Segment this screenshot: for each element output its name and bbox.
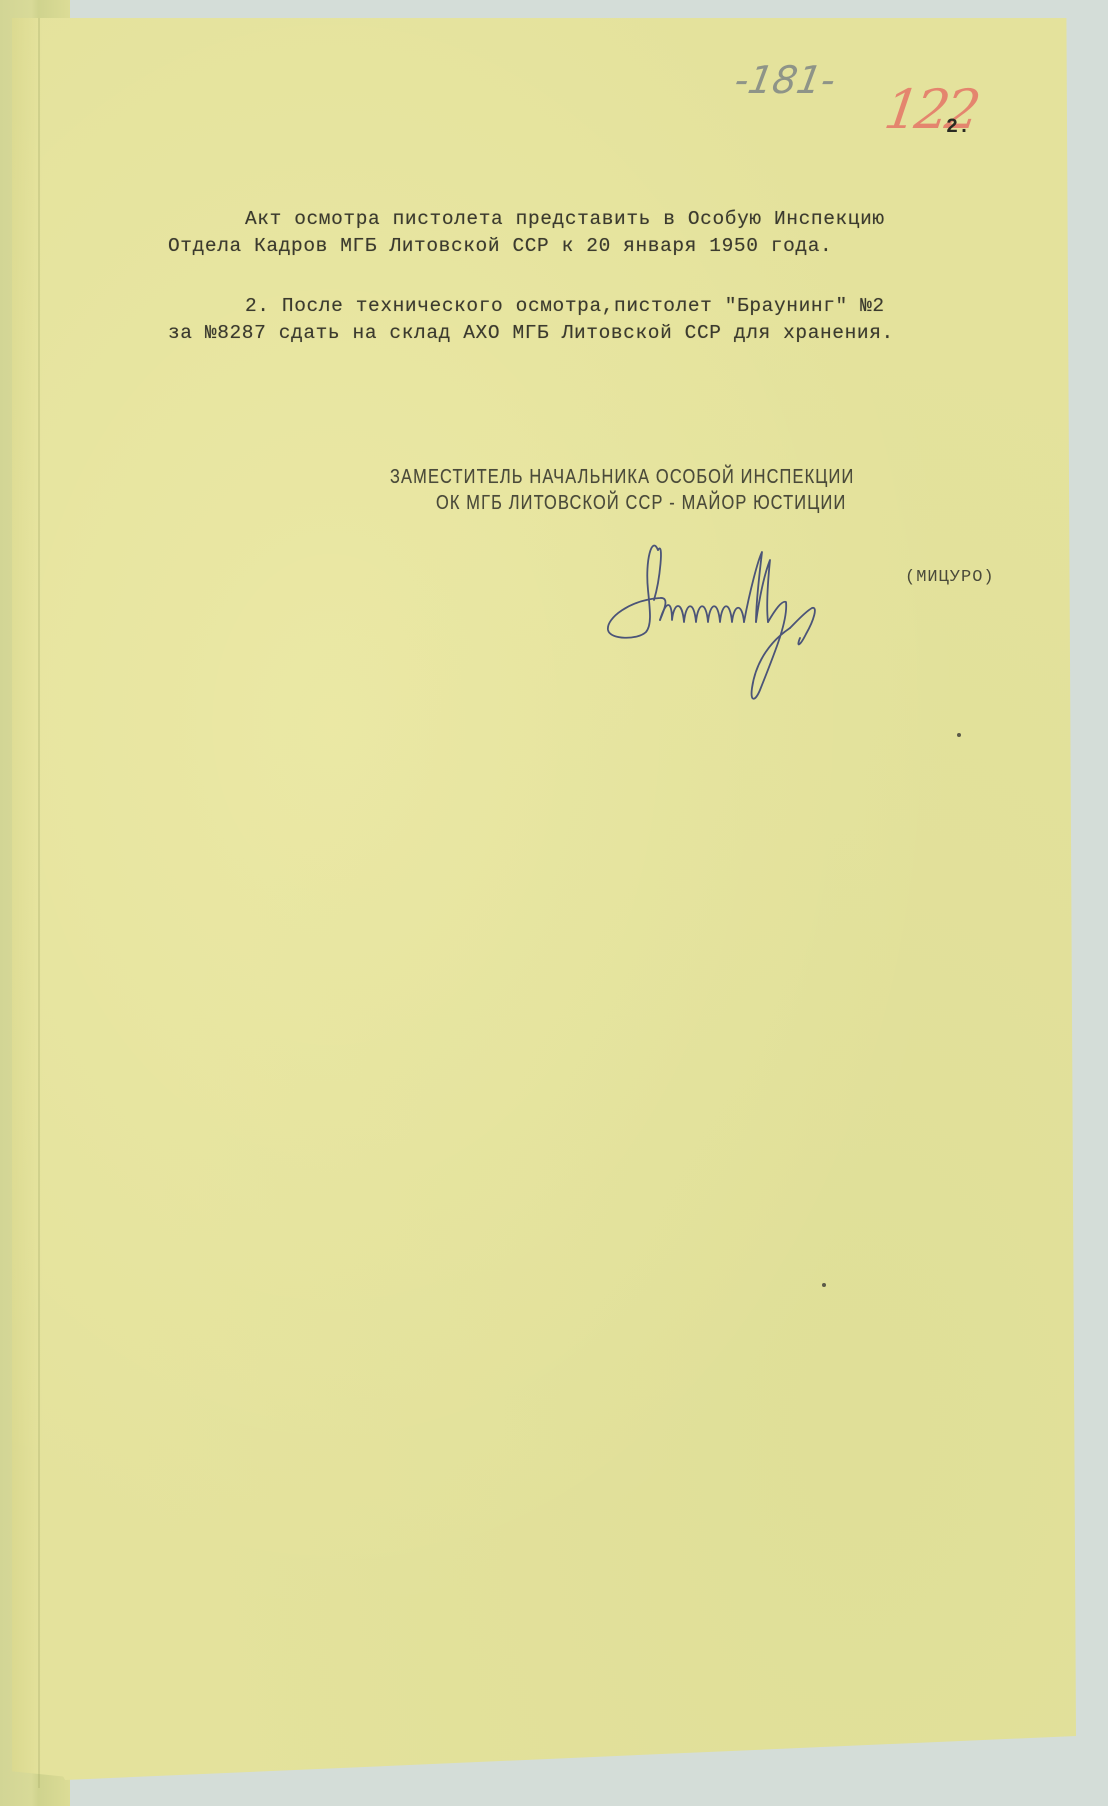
paragraph-line: за №8287 сдать на склад АХО МГБ Литовско… (168, 322, 894, 344)
document-page (12, 18, 1076, 1780)
paper-speck (822, 1283, 826, 1287)
handwritten-signature-icon (600, 530, 920, 705)
signer-title-line: ЗАМЕСТИТЕЛЬ НАЧАЛЬНИКА ОСОБОЙ ИНСПЕКЦИИ (390, 466, 854, 489)
archive-folio-pencil: -181- (731, 58, 839, 102)
paper-speck (957, 733, 961, 737)
paragraph-line: 2. После технического осмотра,пистолет "… (245, 295, 885, 317)
paragraph-line: Отдела Кадров МГБ Литовской ССР к 20 янв… (168, 235, 832, 257)
signer-title-line: ОК МГБ ЛИТОВСКОЙ ССР - МАЙОР ЮСТИЦИИ (436, 492, 846, 515)
page-number: 2. (946, 116, 970, 139)
paragraph-line: Акт осмотра пистолета представить в Особ… (245, 208, 885, 230)
page-fold-shadow (38, 18, 40, 1788)
